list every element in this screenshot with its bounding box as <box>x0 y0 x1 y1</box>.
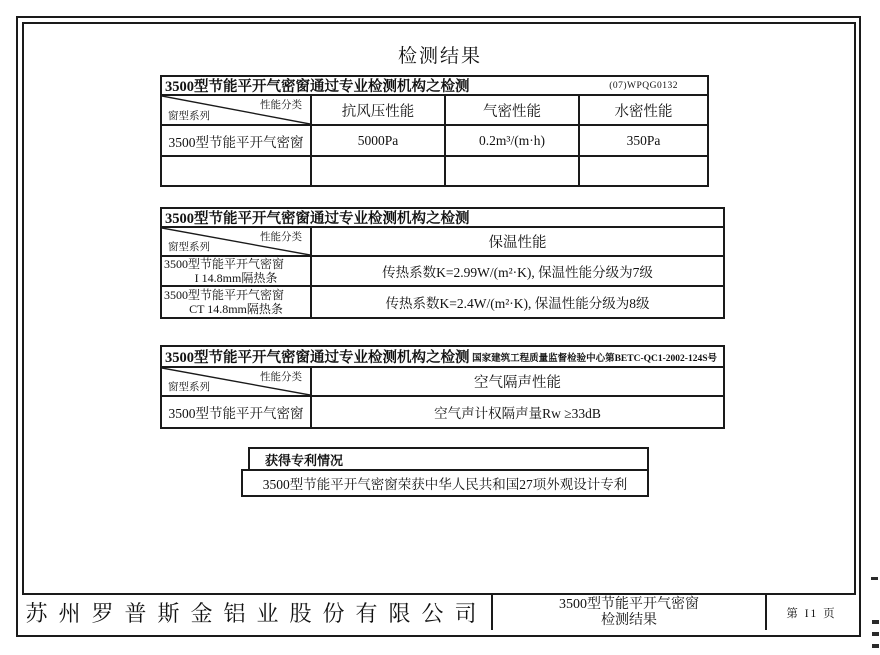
scan-artifact <box>872 620 879 624</box>
table1-wind-value: 5000Pa <box>312 126 446 157</box>
table3-diagonal-header-cell: 性能分类 窗型系列 <box>162 368 312 397</box>
table1-empty-cell <box>580 157 707 185</box>
patent-content: 3500型节能平开气密窗荣获中华人民共和国27项外观设计专利 <box>241 469 649 497</box>
table3-title-row: 3500型节能平开气密窗通过专业检测机构之检测 国家建筑工程质量监督检验中心第B… <box>162 347 723 368</box>
table2-row2-label: 3500型节能平开气密窗 CT 14.8mm隔热条 <box>162 287 312 317</box>
patent-table: 获得专利情况 3500型节能平开气密窗荣获中华人民共和国27项外观设计专利 <box>241 447 649 497</box>
table2-row2-label-line1: 3500型节能平开气密窗 <box>162 288 310 302</box>
document-title-cell: 3500型节能平开气密窗 检测结果 <box>493 595 767 630</box>
table3-title: 3500型节能平开气密窗通过专业检测机构之检测 <box>165 346 470 367</box>
test-table-wind-air-water: 3500型节能平开气密窗通过专业检测机构之检测 (07)WPQG0132 性能分… <box>160 75 709 187</box>
table1-empty-cell <box>446 157 580 185</box>
table2-row2-label-line2: CT 14.8mm隔热条 <box>162 302 310 316</box>
diagonal-label-performance: 性能分类 <box>260 229 302 244</box>
diagonal-label-series: 窗型系列 <box>168 379 210 394</box>
table3-acoustic-value: 空气声计权隔声量Rw ≥33dB <box>312 397 723 427</box>
diagonal-label-series: 窗型系列 <box>168 239 210 254</box>
scan-artifact <box>872 632 879 636</box>
table1-report-code: (07)WPQG0132 <box>609 81 704 91</box>
table1-diagonal-header-cell: 性能分类 窗型系列 <box>162 96 312 126</box>
company-name: 苏州罗普斯金铝业股份有限公司 <box>22 595 493 630</box>
table1-col-wind: 抗风压性能 <box>312 96 446 126</box>
table2-title-row: 3500型节能平开气密窗通过专业检测机构之检测 <box>162 209 723 228</box>
table3-data-row: 3500型节能平开气密窗 空气声计权隔声量Rw ≥33dB <box>162 397 723 427</box>
table2-header-row: 性能分类 窗型系列 保温性能 <box>162 228 723 257</box>
document-title-line2: 检测结果 <box>601 613 657 629</box>
table2-row1-label: 3500型节能平开气密窗 I 14.8mm隔热条 <box>162 257 312 287</box>
page-number: 第 I1 页 <box>767 595 856 630</box>
table3-certificate-number: 国家建筑工程质量监督检验中心第BETC-QC1-2002-124S号 <box>472 350 720 364</box>
table2-row1-label-line1: 3500型节能平开气密窗 <box>162 257 310 271</box>
diagonal-label-performance: 性能分类 <box>260 97 302 112</box>
test-table-thermal: 3500型节能平开气密窗通过专业检测机构之检测 性能分类 窗型系列 保温性能 3… <box>160 207 725 319</box>
table1-row-label: 3500型节能平开气密窗 <box>162 126 312 157</box>
diagonal-label-performance: 性能分类 <box>260 369 302 384</box>
diagonal-label-series: 窗型系列 <box>168 108 210 123</box>
table2-row2-value: 传热系数K=2.4W/(m²·K), 保温性能分级为8级 <box>312 287 723 317</box>
footer-title-block: 苏州罗普斯金铝业股份有限公司 3500型节能平开气密窗 检测结果 第 I1 页 <box>22 593 856 630</box>
table3-row-label: 3500型节能平开气密窗 <box>162 397 312 427</box>
document-title-line1: 3500型节能平开气密窗 <box>559 597 699 613</box>
table1-header-row: 性能分类 窗型系列 抗风压性能 气密性能 水密性能 <box>162 96 707 126</box>
table1-col-air: 气密性能 <box>446 96 580 126</box>
table2-row1-value: 传热系数K=2.99W/(m²·K), 保温性能分级为7级 <box>312 257 723 287</box>
page-title: 检测结果 <box>0 41 880 68</box>
table2-data-row-1: 3500型节能平开气密窗 I 14.8mm隔热条 传热系数K=2.99W/(m²… <box>162 257 723 287</box>
table1-title-row: 3500型节能平开气密窗通过专业检测机构之检测 (07)WPQG0132 <box>162 77 707 96</box>
table3-header-row: 性能分类 窗型系列 空气隔声性能 <box>162 368 723 397</box>
table1-title: 3500型节能平开气密窗通过专业检测机构之检测 <box>165 75 470 96</box>
table1-empty-cell <box>312 157 446 185</box>
scanned-document-page: { "page_title": "检测结果", "table1": { "tit… <box>0 0 880 655</box>
table1-empty-row <box>162 157 707 185</box>
table1-col-water: 水密性能 <box>580 96 707 126</box>
scan-artifact <box>871 577 878 580</box>
table2-row1-label-line2: I 14.8mm隔热条 <box>162 271 310 285</box>
patent-header: 获得专利情况 <box>248 447 649 471</box>
table2-col-thermal: 保温性能 <box>312 228 723 257</box>
table2-diagonal-header-cell: 性能分类 窗型系列 <box>162 228 312 257</box>
table2-title: 3500型节能平开气密窗通过专业检测机构之检测 <box>165 207 470 228</box>
table1-air-value: 0.2m³/(m·h) <box>446 126 580 157</box>
table1-water-value: 350Pa <box>580 126 707 157</box>
table3-col-acoustic: 空气隔声性能 <box>312 368 723 397</box>
table1-empty-cell <box>162 157 312 185</box>
table2-data-row-2: 3500型节能平开气密窗 CT 14.8mm隔热条 传热系数K=2.4W/(m²… <box>162 287 723 317</box>
table1-data-row: 3500型节能平开气密窗 5000Pa 0.2m³/(m·h) 350Pa <box>162 126 707 157</box>
test-table-acoustic: 3500型节能平开气密窗通过专业检测机构之检测 国家建筑工程质量监督检验中心第B… <box>160 345 725 429</box>
scan-artifact <box>872 644 879 648</box>
